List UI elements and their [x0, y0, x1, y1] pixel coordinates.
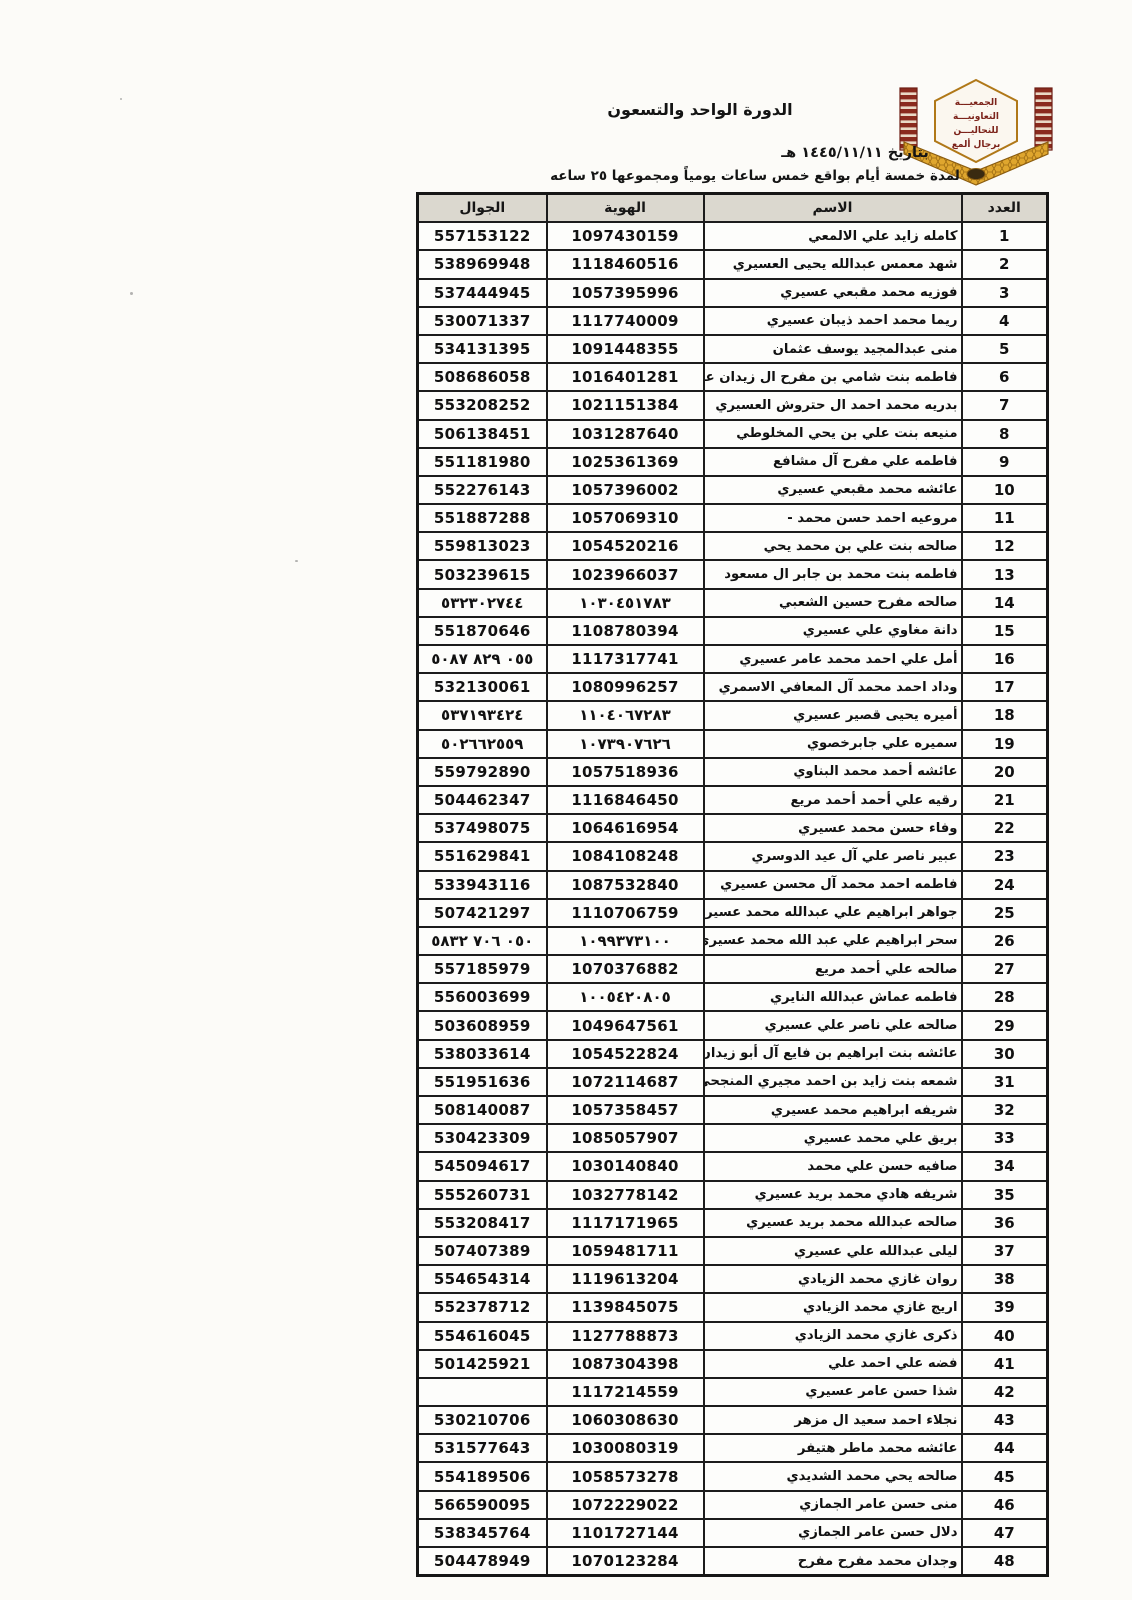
table-row: 14صالحه مفرح حسين الشعبي١٠٣٠٤٥١٧٨٣٥٣٢٣٠٢…	[418, 589, 1048, 617]
id-cell: 1070123284	[547, 1547, 704, 1576]
name-cell: وجدان محمد مفرح مفرح	[704, 1547, 962, 1576]
count-cell: 45	[962, 1462, 1048, 1490]
table-row: 11مروعيه احمد حسن محمد -1057069310551887…	[418, 504, 1048, 532]
id-cell: 1117740009	[547, 307, 704, 335]
id-cell: 1057518936	[547, 758, 704, 786]
mobile-cell: 508140087	[418, 1096, 547, 1124]
table-row: 21رقيه علي أحمد أحمد مريع111684645050446…	[418, 786, 1048, 814]
mobile-cell: 557185979	[418, 955, 547, 983]
id-cell: 1031287640	[547, 420, 704, 448]
id-cell: 1054520216	[547, 532, 704, 560]
table-row: 36صالحه عبدالله محمد بريد عسيري111717196…	[418, 1209, 1048, 1237]
count-cell: 32	[962, 1096, 1048, 1124]
table-row: 5منى عبدالمجيد يوسف عثمان109144835553413…	[418, 335, 1048, 363]
count-cell: 12	[962, 532, 1048, 560]
id-cell: ١٠٩٩٣٧٣١٠٠	[547, 927, 704, 955]
id-cell: 1091448355	[547, 335, 704, 363]
table-row: 8منيعه بنت علي بن يحي المخلوطي1031287640…	[418, 420, 1048, 448]
count-cell: 17	[962, 673, 1048, 701]
mobile-cell: 559792890	[418, 758, 547, 786]
count-cell: 11	[962, 504, 1048, 532]
table-row: 7بدريه محمد احمد ال حتروش العسيري1021151…	[418, 391, 1048, 419]
mobile-cell: 503608959	[418, 1011, 547, 1039]
name-cell: ذكرى غازي محمد الزيادي	[704, 1322, 962, 1350]
count-cell: 33	[962, 1124, 1048, 1152]
mobile-cell: 534131395	[418, 335, 547, 363]
name-cell: صافيه حسن علي محمد	[704, 1152, 962, 1180]
id-cell: 1025361369	[547, 448, 704, 476]
mobile-cell: 551629841	[418, 842, 547, 870]
mobile-cell: 501425921	[418, 1350, 547, 1378]
table-row: 42شذا حسن عامر عسيري1117214559	[418, 1378, 1048, 1406]
logo-text-line: للنحاليـــن	[954, 126, 999, 136]
table-row: 29صالحه علي ناصر علي عسيري10496475615036…	[418, 1011, 1048, 1039]
mobile-cell: 555260731	[418, 1181, 547, 1209]
roster-table-body: 1كامله زايد علي الالمعي10974301595571531…	[418, 222, 1048, 1576]
count-cell: 9	[962, 448, 1048, 476]
id-cell: 1097430159	[547, 222, 704, 250]
id-cell: 1101727144	[547, 1519, 704, 1547]
mobile-cell: 545094617	[418, 1152, 547, 1180]
table-row: 27صالحه علي أحمد مريع1070376882557185979	[418, 955, 1048, 983]
name-cell: صالحه علي أحمد مريع	[704, 955, 962, 983]
count-cell: 42	[962, 1378, 1048, 1406]
name-cell: ريما محمد احمد ذيبان عسيري	[704, 307, 962, 335]
table-row: 1كامله زايد علي الالمعي10974301595571531…	[418, 222, 1048, 250]
name-cell: بدريه محمد احمد ال حتروش العسيري	[704, 391, 962, 419]
name-cell: فاطمه بنت شامي بن مفرح ال زيدان عسيري	[704, 363, 962, 391]
name-cell: سميره علي جابرخصوي	[704, 730, 962, 758]
mobile-cell: ٠٥٠ ٧٠٦ ٥٨٣٢	[418, 927, 547, 955]
name-cell: عائشه محمد ماطر هتيفر	[704, 1434, 962, 1462]
count-cell: 18	[962, 701, 1048, 729]
name-cell: ليلى عبدالله علي عسيري	[704, 1237, 962, 1265]
mobile-cell: 531577643	[418, 1434, 547, 1462]
name-cell: فوزيه محمد مقبعي عسيري	[704, 279, 962, 307]
mobile-cell: 557153122	[418, 222, 547, 250]
table-row: 18أميره يحيى قصير عسيري١١٠٤٠٦٧٢٨٣٥٣٧١٩٣٤…	[418, 701, 1048, 729]
table-row: 28فاطمه عماش عبدالله النايري١٠٠٥٤٢٠٨٠٥55…	[418, 983, 1048, 1011]
mobile-cell: 552276143	[418, 476, 547, 504]
roster-table: العدد الاسم الهوية الجوال 1كامله زايد عل…	[416, 192, 1049, 1577]
mobile-cell: 507421297	[418, 899, 547, 927]
count-cell: 3	[962, 279, 1048, 307]
mobile-cell: 503239615	[418, 560, 547, 588]
mobile-cell: 506138451	[418, 420, 547, 448]
id-cell: 1057358457	[547, 1096, 704, 1124]
mobile-cell: 538969948	[418, 250, 547, 278]
count-cell: 21	[962, 786, 1048, 814]
count-cell: 37	[962, 1237, 1048, 1265]
id-cell: 1032778142	[547, 1181, 704, 1209]
count-cell: 40	[962, 1322, 1048, 1350]
logo-text-line: الجمعيـــة	[955, 98, 997, 108]
name-cell: نجلاء احمد سعيد ال مزهر	[704, 1406, 962, 1434]
name-cell: شريفه ابراهيم محمد عسيري	[704, 1096, 962, 1124]
count-cell: 44	[962, 1434, 1048, 1462]
count-cell: 34	[962, 1152, 1048, 1180]
count-cell: 23	[962, 842, 1048, 870]
id-cell: 1059481711	[547, 1237, 704, 1265]
id-cell: 1021151384	[547, 391, 704, 419]
mobile-cell: 532130061	[418, 673, 547, 701]
mobile-cell: ٠٥٥ ٨٢٩ ٥٠٨٧	[418, 645, 547, 673]
id-cell: 1072114687	[547, 1068, 704, 1096]
name-cell: منيعه بنت علي بن يحي المخلوطي	[704, 420, 962, 448]
id-cell: 1057069310	[547, 504, 704, 532]
id-cell: 1116846450	[547, 786, 704, 814]
id-cell: 1119613204	[547, 1265, 704, 1293]
count-cell: 47	[962, 1519, 1048, 1547]
scanned-document-page: الجمعيـــة التعاونيـــة للنحاليـــن برجا…	[0, 0, 1132, 1600]
count-cell: 5	[962, 335, 1048, 363]
table-row: 41فضه علي احمد علي1087304398501425921	[418, 1350, 1048, 1378]
count-cell: 4	[962, 307, 1048, 335]
id-cell: 1087532840	[547, 871, 704, 899]
id-cell: 1030080319	[547, 1434, 704, 1462]
id-cell: 1087304398	[547, 1350, 704, 1378]
mobile-cell: 537498075	[418, 814, 547, 842]
name-cell: اريج غازي محمد الزيادي	[704, 1293, 962, 1321]
mobile-cell: 551951636	[418, 1068, 547, 1096]
name-cell: صالحه عبدالله محمد بريد عسيري	[704, 1209, 962, 1237]
table-row: 48وجدان محمد مفرح مفرح107012328450447894…	[418, 1547, 1048, 1576]
mobile-cell: 530423309	[418, 1124, 547, 1152]
table-row: 30عائشه بنت ابراهيم بن فايع آل أبو زيدان…	[418, 1040, 1048, 1068]
count-cell: 14	[962, 589, 1048, 617]
name-cell: منى حسن عامر الجمازي	[704, 1491, 962, 1519]
table-row: 38روان غازي محمد الزيادي1119613204554654…	[418, 1265, 1048, 1293]
table-row: 25جواهر ابراهيم علي عبدالله محمد عسيري11…	[418, 899, 1048, 927]
table-row: 39اريج غازي محمد الزيادي1139845075552378…	[418, 1293, 1048, 1321]
table-header-row: العدد الاسم الهوية الجوال	[418, 194, 1048, 223]
table-row: 33بريق علي محمد عسيري1085057907530423309	[418, 1124, 1048, 1152]
table-row: 37ليلى عبدالله علي عسيري1059481711507407…	[418, 1237, 1048, 1265]
name-cell: روان غازي محمد الزيادي	[704, 1265, 962, 1293]
table-row: 31شمعه بنت زايد بن احمد مجيري المنجحي107…	[418, 1068, 1048, 1096]
mobile-cell: 551181980	[418, 448, 547, 476]
table-row: 23عبير ناصر علي آل عيد الدوسري1084108248…	[418, 842, 1048, 870]
count-cell: 27	[962, 955, 1048, 983]
mobile-cell: 533943116	[418, 871, 547, 899]
mobile-cell: 537444945	[418, 279, 547, 307]
count-cell: 10	[962, 476, 1048, 504]
mobile-cell: 551887288	[418, 504, 547, 532]
name-cell: أميره يحيى قصير عسيري	[704, 701, 962, 729]
id-cell: 1060308630	[547, 1406, 704, 1434]
count-cell: 35	[962, 1181, 1048, 1209]
id-cell: 1080996257	[547, 673, 704, 701]
name-cell: صالحه مفرح حسين الشعبي	[704, 589, 962, 617]
id-cell: 1117171965	[547, 1209, 704, 1237]
id-cell: 1085057907	[547, 1124, 704, 1152]
count-cell: 41	[962, 1350, 1048, 1378]
count-cell: 13	[962, 560, 1048, 588]
count-cell: 29	[962, 1011, 1048, 1039]
name-cell: عبير ناصر علي آل عيد الدوسري	[704, 842, 962, 870]
id-cell: 1058573278	[547, 1462, 704, 1490]
id-cell: 1057395996	[547, 279, 704, 307]
id-cell: ١٠٠٥٤٢٠٨٠٥	[547, 983, 704, 1011]
table-row: 13فاطمه بنت محمد بن جابر ال مسعود1023966…	[418, 560, 1048, 588]
table-row: 34صافيه حسن علي محمد1030140840545094617	[418, 1152, 1048, 1180]
mobile-cell: 507407389	[418, 1237, 547, 1265]
table-row: 6فاطمه بنت شامي بن مفرح ال زيدان عسيري10…	[418, 363, 1048, 391]
id-cell: 1054522824	[547, 1040, 704, 1068]
table-row: 45صالحه يحي محمد الشديدي1058573278554189…	[418, 1462, 1048, 1490]
mobile-cell: 556003699	[418, 983, 547, 1011]
count-cell: 26	[962, 927, 1048, 955]
session-duration: لمدة خمسة أيام بواقع خمس ساعات يومياً وم…	[540, 168, 970, 184]
id-cell: 1057396002	[547, 476, 704, 504]
count-cell: 22	[962, 814, 1048, 842]
name-cell: وداد احمد محمد آل المعافي الاسمري	[704, 673, 962, 701]
id-cell: 1118460516	[547, 250, 704, 278]
id-cell: 1072229022	[547, 1491, 704, 1519]
mobile-cell: 553208252	[418, 391, 547, 419]
count-cell: 39	[962, 1293, 1048, 1321]
id-cell: 1108780394	[547, 617, 704, 645]
mobile-cell: 538033614	[418, 1040, 547, 1068]
mobile-cell: 566590095	[418, 1491, 547, 1519]
count-cell: 38	[962, 1265, 1048, 1293]
mobile-cell: 504462347	[418, 786, 547, 814]
table-row: 26سحر ابراهيم علي عبد الله محمد عسيري١٠٩…	[418, 927, 1048, 955]
id-cell: 1110706759	[547, 899, 704, 927]
mobile-cell: 554189506	[418, 1462, 547, 1490]
name-cell: دلال حسن عامر الجمازي	[704, 1519, 962, 1547]
mobile-cell: 551870646	[418, 617, 547, 645]
mobile-cell: 554654314	[418, 1265, 547, 1293]
table-row: 17وداد احمد محمد آل المعافي الاسمري10809…	[418, 673, 1048, 701]
id-cell: 1016401281	[547, 363, 704, 391]
table-row: 40ذكرى غازي محمد الزيادي1127788873554616…	[418, 1322, 1048, 1350]
mobile-cell: 553208417	[418, 1209, 547, 1237]
logo-text-line: التعاونيـــة	[953, 112, 999, 122]
name-cell: صالحه بنت علي بن محمد يحي	[704, 532, 962, 560]
count-cell: 25	[962, 899, 1048, 927]
logo-right-pillar	[1035, 88, 1052, 150]
count-cell: 7	[962, 391, 1048, 419]
mobile-cell: ٥٣٧١٩٣٤٢٤	[418, 701, 547, 729]
name-cell: وفاء حسن محمد عسيري	[704, 814, 962, 842]
name-cell: صالحه يحي محمد الشديدي	[704, 1462, 962, 1490]
id-cell: 1070376882	[547, 955, 704, 983]
table-row: 10عائشه محمد مقبعي عسيري1057396002552276…	[418, 476, 1048, 504]
name-cell: كامله زايد علي الالمعي	[704, 222, 962, 250]
id-cell: 1117317741	[547, 645, 704, 673]
id-cell: 1127788873	[547, 1322, 704, 1350]
table-row: 22وفاء حسن محمد عسيري1064616954537498075	[418, 814, 1048, 842]
table-row: 32شريفه ابراهيم محمد عسيري10573584575081…	[418, 1096, 1048, 1124]
id-cell: 1084108248	[547, 842, 704, 870]
table-row: 44عائشه محمد ماطر هتيفر10300803195315776…	[418, 1434, 1048, 1462]
name-cell: عائشه بنت ابراهيم بن فايع آل أبو زيدان	[704, 1040, 962, 1068]
count-cell: 43	[962, 1406, 1048, 1434]
name-cell: فاطمه بنت محمد بن جابر ال مسعود	[704, 560, 962, 588]
count-cell: 48	[962, 1547, 1048, 1576]
name-cell: سحر ابراهيم علي عبد الله محمد عسيري	[704, 927, 962, 955]
id-cell: 1064616954	[547, 814, 704, 842]
name-cell: شذا حسن عامر عسيري	[704, 1378, 962, 1406]
mobile-cell: 530071337	[418, 307, 547, 335]
column-header-count: العدد	[962, 194, 1048, 223]
name-cell: بريق علي محمد عسيري	[704, 1124, 962, 1152]
table-row: 46منى حسن عامر الجمازي107222902256659009…	[418, 1491, 1048, 1519]
name-cell: فاطمه عماش عبدالله النايري	[704, 983, 962, 1011]
count-cell: 24	[962, 871, 1048, 899]
name-cell: أمل علي احمد محمد عامر عسيري	[704, 645, 962, 673]
table-row: 9فاطمه علي مفرح آل مشافع1025361369551181…	[418, 448, 1048, 476]
count-cell: 2	[962, 250, 1048, 278]
column-header-id: الهوية	[547, 194, 704, 223]
name-cell: عائشه محمد مقبعي عسيري	[704, 476, 962, 504]
scan-speck	[295, 560, 298, 562]
table-row: 20عائشه أحمد محمد البناوي105751893655979…	[418, 758, 1048, 786]
count-cell: 28	[962, 983, 1048, 1011]
table-row: 24فاطمه احمد محمد آل محسن عسيري108753284…	[418, 871, 1048, 899]
table-row: 3فوزيه محمد مقبعي عسيري10573959965374449…	[418, 279, 1048, 307]
mobile-cell: 508686058	[418, 363, 547, 391]
mobile-cell: 504478949	[418, 1547, 547, 1576]
id-cell: ١٠٣٠٤٥١٧٨٣	[547, 589, 704, 617]
name-cell: شريفه هادي محمد بريد عسيري	[704, 1181, 962, 1209]
mobile-cell: 530210706	[418, 1406, 547, 1434]
count-cell: 19	[962, 730, 1048, 758]
count-cell: 31	[962, 1068, 1048, 1096]
page-title: الدورة الواحد والتسعون	[590, 100, 810, 119]
count-cell: 8	[962, 420, 1048, 448]
count-cell: 15	[962, 617, 1048, 645]
scan-speck	[130, 292, 133, 295]
name-cell: دانة مغاوي علي عسيري	[704, 617, 962, 645]
mobile-cell: 554616045	[418, 1322, 547, 1350]
scan-speck	[120, 98, 122, 100]
table-row: 15دانة مغاوي علي عسيري110878039455187064…	[418, 617, 1048, 645]
mobile-cell: 559813023	[418, 532, 547, 560]
name-cell: صالحه علي ناصر علي عسيري	[704, 1011, 962, 1039]
mobile-cell: ٥٠٢٦٦٢٥٥٩	[418, 730, 547, 758]
table-row: 43نجلاء احمد سعيد ال مزهر106030863053021…	[418, 1406, 1048, 1434]
id-cell: 1049647561	[547, 1011, 704, 1039]
mobile-cell: 538345764	[418, 1519, 547, 1547]
mobile-cell: ٥٣٢٣٠٢٧٤٤	[418, 589, 547, 617]
session-date: بتاريخ ١٤٤٥/١١/١١ هـ	[735, 145, 975, 161]
id-cell: 1139845075	[547, 1293, 704, 1321]
id-cell: ١٠٧٣٩٠٧٦٢٦	[547, 730, 704, 758]
count-cell: 46	[962, 1491, 1048, 1519]
name-cell: فاطمه علي مفرح آل مشافع	[704, 448, 962, 476]
column-header-mobile: الجوال	[418, 194, 547, 223]
name-cell: رقيه علي أحمد أحمد مريع	[704, 786, 962, 814]
id-cell: 1023966037	[547, 560, 704, 588]
count-cell: 16	[962, 645, 1048, 673]
name-cell: جواهر ابراهيم علي عبدالله محمد عسيري	[704, 899, 962, 927]
count-cell: 20	[962, 758, 1048, 786]
name-cell: شهد معمس عبدالله يحيى العسيري	[704, 250, 962, 278]
column-header-name: الاسم	[704, 194, 962, 223]
name-cell: عائشه أحمد محمد البناوي	[704, 758, 962, 786]
table-row: 16أمل علي احمد محمد عامر عسيري1117317741…	[418, 645, 1048, 673]
name-cell: منى عبدالمجيد يوسف عثمان	[704, 335, 962, 363]
name-cell: شمعه بنت زايد بن احمد مجيري المنجحي	[704, 1068, 962, 1096]
name-cell: مروعيه احمد حسن محمد -	[704, 504, 962, 532]
table-row: 35شريفه هادي محمد بريد عسيري103277814255…	[418, 1181, 1048, 1209]
id-cell: 1030140840	[547, 1152, 704, 1180]
count-cell: 30	[962, 1040, 1048, 1068]
table-row: 47دلال حسن عامر الجمازي11017271445383457…	[418, 1519, 1048, 1547]
count-cell: 1	[962, 222, 1048, 250]
table-row: 19سميره علي جابرخصوي١٠٧٣٩٠٧٦٢٦٥٠٢٦٦٢٥٥٩	[418, 730, 1048, 758]
mobile-cell	[418, 1378, 547, 1406]
id-cell: ١١٠٤٠٦٧٢٨٣	[547, 701, 704, 729]
name-cell: فضه علي احمد علي	[704, 1350, 962, 1378]
count-cell: 6	[962, 363, 1048, 391]
table-row: 12صالحه بنت علي بن محمد يحي1054520216559…	[418, 532, 1048, 560]
count-cell: 36	[962, 1209, 1048, 1237]
table-row: 4ريما محمد احمد ذيبان عسيري1117740009530…	[418, 307, 1048, 335]
logo-left-pillar	[900, 88, 917, 150]
id-cell: 1117214559	[547, 1378, 704, 1406]
name-cell: فاطمه احمد محمد آل محسن عسيري	[704, 871, 962, 899]
mobile-cell: 552378712	[418, 1293, 547, 1321]
table-row: 2شهد معمس عبدالله يحيى العسيري1118460516…	[418, 250, 1048, 278]
